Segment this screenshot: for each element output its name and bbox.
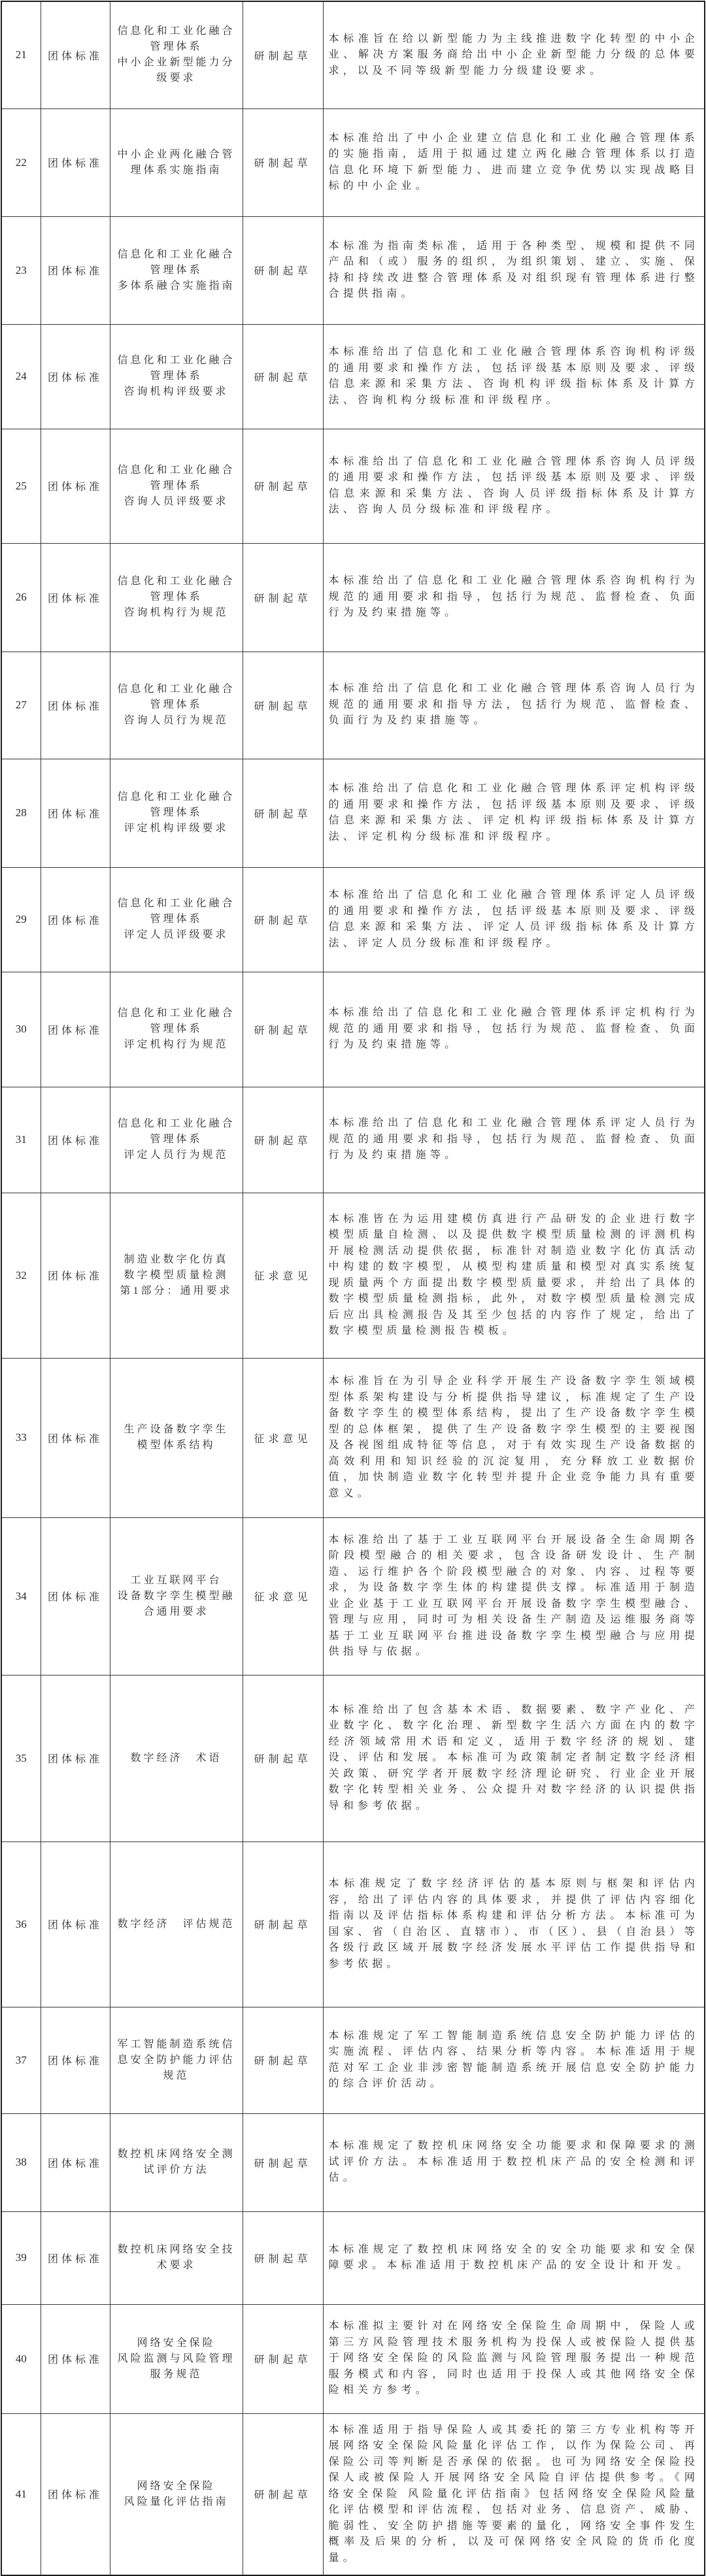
standard-status: 研制起草	[243, 216, 323, 324]
standard-description: 本标准给出了中小企业建立信息化和工业化融合管理体系的实施指南，适用于拟通过建立两…	[323, 108, 705, 216]
row-number: 32	[1, 1193, 41, 1358]
standard-name: 工业互联网平台 设备数字孪生模型融合通用要求	[110, 1517, 243, 1675]
standard-description: 本标准拟主要针对在网络安全保险生命周期中，保险人或第三方风险管理技术服务机构为投…	[323, 2304, 705, 2413]
standard-description: 本标准规定了数控机床网络安全的安全功能要求和安全保障要求。本标准适用于数控机床产…	[323, 2211, 705, 2304]
standard-status: 研制起草	[243, 2113, 323, 2211]
standard-type: 团体标准	[41, 216, 110, 324]
row-number: 29	[1, 867, 41, 972]
table-row: 31 团体标准 信息化和工业化融合管理体系 评定人员行为规范 研制起草 本标准给…	[1, 1087, 705, 1193]
standard-name: 数字经济 术语	[110, 1675, 243, 1841]
row-number: 30	[1, 972, 41, 1087]
standard-description: 本标准旨在给以新型能力为主线推进数字化转型的中小企业、解决方案服务商给出中小企业…	[323, 1, 705, 108]
standard-name: 信息化和工业化融合管理体系 咨询机构行为规范	[110, 543, 243, 652]
standard-name: 信息化和工业化融合管理体系 评定机构行为规范	[110, 972, 243, 1087]
standard-status: 研制起草	[243, 1675, 323, 1841]
standard-type: 团体标准	[41, 2113, 110, 2211]
row-number: 26	[1, 543, 41, 652]
table-row: 23 团体标准 信息化和工业化融合管理体系 多体系融合实施指南 研制起草 本标准…	[1, 216, 705, 324]
standard-status: 研制起草	[243, 867, 323, 972]
row-number: 35	[1, 1675, 41, 1841]
standard-name: 信息化和工业化融合管理体系 中小企业新型能力分级要求	[110, 1, 243, 108]
standard-status: 研制起草	[243, 1841, 323, 2007]
standard-name: 数字经济 评估规范	[110, 1841, 243, 2007]
standard-name: 信息化和工业化融合管理体系 多体系融合实施指南	[110, 216, 243, 324]
standard-name: 数控机床网络安全技术要求	[110, 2211, 243, 2304]
standard-type: 团体标准	[41, 652, 110, 759]
table-row: 27 团体标准 信息化和工业化融合管理体系 咨询人员行为规范 研制起草 本标准给…	[1, 652, 705, 759]
table-row: 41 团体标准 网络安全保险 风险量化评估指南 研制起草 本标准适用于指导保险人…	[1, 2413, 705, 2575]
standard-type: 团体标准	[41, 759, 110, 867]
standard-name: 网络安全保险 风险量化评估指南	[110, 2413, 243, 2575]
table-row: 25 团体标准 信息化和工业化融合管理体系 咨询人员评级要求 研制起草 本标准给…	[1, 429, 705, 543]
table-row: 21 团体标准 信息化和工业化融合管理体系 中小企业新型能力分级要求 研制起草 …	[1, 1, 705, 108]
standard-type: 团体标准	[41, 1517, 110, 1675]
standard-status: 研制起草	[243, 759, 323, 867]
table-row: 34 团体标准 工业互联网平台 设备数字孪生模型融合通用要求 征求意见 本标准给…	[1, 1517, 705, 1675]
standard-status: 研制起草	[243, 1087, 323, 1193]
table-row: 28 团体标准 信息化和工业化融合管理体系 评定机构评级要求 研制起草 本标准给…	[1, 759, 705, 867]
standard-description: 本标准皆在为运用建模仿真进行产品研发的企业进行数字模型质量自检测、以及提供数字模…	[323, 1193, 705, 1358]
standard-status: 研制起草	[243, 108, 323, 216]
standard-description: 本标准给出了信息化和工业化融合管理体系评定机构评级的通用要求和操作方法，包括评级…	[323, 759, 705, 867]
row-number: 33	[1, 1358, 41, 1517]
standard-name: 信息化和工业化融合管理体系 咨询人员评级要求	[110, 429, 243, 543]
standard-status: 研制起草	[243, 652, 323, 759]
row-number: 39	[1, 2211, 41, 2304]
standard-name: 信息化和工业化融合管理体系 评定人员评级要求	[110, 867, 243, 972]
table-row: 40 团体标准 网络安全保险 风险监测与风险管理服务规范 研制起草 本标准拟主要…	[1, 2304, 705, 2413]
standard-name: 数控机床网络安全测试评价方法	[110, 2113, 243, 2211]
standard-name: 军工智能制造系统信息安全防护能力评估规范	[110, 2007, 243, 2113]
table-row: 36 团体标准 数字经济 评估规范 研制起草 本标准规定了数字经济评估的基本原则…	[1, 1841, 705, 2007]
row-number: 27	[1, 652, 41, 759]
table-row: 24 团体标准 信息化和工业化融合管理体系 咨询机构评级要求 研制起草 本标准给…	[1, 324, 705, 429]
standard-status: 征求意见	[243, 1193, 323, 1358]
standard-status: 征求意见	[243, 1517, 323, 1675]
standard-name: 信息化和工业化融合管理体系 评定人员行为规范	[110, 1087, 243, 1193]
standard-description: 本标准给出了信息化和工业化融合管理体系咨询机构评级的通用要求和操作方法，包括评级…	[323, 324, 705, 429]
standard-type: 团体标准	[41, 1087, 110, 1193]
standard-description: 本标准规定了数控机床网络安全功能要求和保障要求的测试评价方法。本标准适用于数控机…	[323, 2113, 705, 2211]
standard-type: 团体标准	[41, 2413, 110, 2575]
row-number: 25	[1, 429, 41, 543]
table-row: 35 团体标准 数字经济 术语 研制起草 本标准给出了包含基本术语、数据要素、数…	[1, 1675, 705, 1841]
table-row: 22 团体标准 中小企业两化融合管理体系实施指南 研制起草 本标准给出了中小企业…	[1, 108, 705, 216]
standard-status: 征求意见	[243, 1358, 323, 1517]
standard-status: 研制起草	[243, 972, 323, 1087]
row-number: 40	[1, 2304, 41, 2413]
standard-type: 团体标准	[41, 108, 110, 216]
table-row: 32 团体标准 制造业数字化仿真 数字模型质量检测 第1部分：通用要求 征求意见…	[1, 1193, 705, 1358]
row-number: 28	[1, 759, 41, 867]
standard-type: 团体标准	[41, 1358, 110, 1517]
standard-type: 团体标准	[41, 1, 110, 108]
table-row: 39 团体标准 数控机床网络安全技术要求 研制起草 本标准规定了数控机床网络安全…	[1, 2211, 705, 2304]
standard-type: 团体标准	[41, 1675, 110, 1841]
standard-description: 本标准给出了信息化和工业化融合管理体系评定人员评级的通用要求和操作方法，包括评级…	[323, 867, 705, 972]
row-number: 36	[1, 1841, 41, 2007]
row-number: 38	[1, 2113, 41, 2211]
row-number: 34	[1, 1517, 41, 1675]
standard-type: 团体标准	[41, 429, 110, 543]
row-number: 31	[1, 1087, 41, 1193]
row-number: 24	[1, 324, 41, 429]
standard-description: 本标准给出了信息化和工业化融合管理体系评定人员行为规范的通用要求和指导，包括行为…	[323, 1087, 705, 1193]
standard-type: 团体标准	[41, 1193, 110, 1358]
standard-type: 团体标准	[41, 543, 110, 652]
standard-type: 团体标准	[41, 972, 110, 1087]
standards-table-body: 21 团体标准 信息化和工业化融合管理体系 中小企业新型能力分级要求 研制起草 …	[1, 1, 705, 2575]
standard-status: 研制起草	[243, 2211, 323, 2304]
table-row: 33 团体标准 生产设备数字孪生 模型体系结构 征求意见 本标准旨在为引导企业科…	[1, 1358, 705, 1517]
standard-description: 本标准规定了军工智能制造系统信息安全防护能力评估的实施流程、评估内容、结果分析等…	[323, 2007, 705, 2113]
standard-status: 研制起草	[243, 429, 323, 543]
standard-description: 本标准给出了包含基本术语、数据要素、数字产业化、产业数字化、数字化治理、新型数字…	[323, 1675, 705, 1841]
table-row: 26 团体标准 信息化和工业化融合管理体系 咨询机构行为规范 研制起草 本标准给…	[1, 543, 705, 652]
standard-type: 团体标准	[41, 2304, 110, 2413]
standard-description: 本标准规定了数字经济评估的基本原则与框架和评估内容，给出了评估内容的具体要求，并…	[323, 1841, 705, 2007]
standard-type: 团体标准	[41, 1841, 110, 2007]
standard-name: 信息化和工业化融合管理体系 咨询机构评级要求	[110, 324, 243, 429]
row-number: 21	[1, 1, 41, 108]
table-row: 38 团体标准 数控机床网络安全测试评价方法 研制起草 本标准规定了数控机床网络…	[1, 2113, 705, 2211]
standard-description: 本标准给出了信息化和工业化融合管理体系咨询人员行为规范的通用要求和指导方法，包括…	[323, 652, 705, 759]
standard-name: 制造业数字化仿真 数字模型质量检测 第1部分：通用要求	[110, 1193, 243, 1358]
standard-type: 团体标准	[41, 2007, 110, 2113]
standard-name: 信息化和工业化融合管理体系 评定机构评级要求	[110, 759, 243, 867]
standard-type: 团体标准	[41, 2211, 110, 2304]
standard-status: 研制起草	[243, 2413, 323, 2575]
standard-status: 研制起草	[243, 543, 323, 652]
standard-description: 本标准适用于指导保险人或其委托的第三方专业机构等开展网络安全保险风险量化评估工作…	[323, 2413, 705, 2575]
table-row: 29 团体标准 信息化和工业化融合管理体系 评定人员评级要求 研制起草 本标准给…	[1, 867, 705, 972]
standards-table: 21 团体标准 信息化和工业化融合管理体系 中小企业新型能力分级要求 研制起草 …	[1, 1, 705, 2576]
standard-name: 中小企业两化融合管理体系实施指南	[110, 108, 243, 216]
standard-name: 生产设备数字孪生 模型体系结构	[110, 1358, 243, 1517]
standard-status: 研制起草	[243, 1, 323, 108]
standard-status: 研制起草	[243, 324, 323, 429]
table-row: 37 团体标准 军工智能制造系统信息安全防护能力评估规范 研制起草 本标准规定了…	[1, 2007, 705, 2113]
row-number: 22	[1, 108, 41, 216]
standard-type: 团体标准	[41, 867, 110, 972]
row-number: 41	[1, 2413, 41, 2575]
standard-status: 研制起草	[243, 2007, 323, 2113]
standard-description: 本标准给出了信息化和工业化融合管理体系评定机构行为规范的通用要求和指导，包括行为…	[323, 972, 705, 1087]
table-row: 30 团体标准 信息化和工业化融合管理体系 评定机构行为规范 研制起草 本标准给…	[1, 972, 705, 1087]
standard-name: 信息化和工业化融合管理体系 咨询人员行为规范	[110, 652, 243, 759]
standard-type: 团体标准	[41, 324, 110, 429]
standard-status: 研制起草	[243, 2304, 323, 2413]
standard-name: 网络安全保险 风险监测与风险管理服务规范	[110, 2304, 243, 2413]
standard-description: 本标准为指南类标准，适用于各种类型、规模和提供不同产品和（或）服务的组织，为组织…	[323, 216, 705, 324]
row-number: 23	[1, 216, 41, 324]
row-number: 37	[1, 2007, 41, 2113]
standard-description: 本标准旨在为引导企业科学开展生产设备数字孪生领域模型体系架构建设与分析提供指导建…	[323, 1358, 705, 1517]
standard-description: 本标准给出了信息化和工业化融合管理体系咨询机构行为规范的通用要求和指导，包括行为…	[323, 543, 705, 652]
standard-description: 本标准给出了基于工业互联网平台开展设备全生命周期各阶段模型融合的相关要求，包含设…	[323, 1517, 705, 1675]
standard-description: 本标准给出了信息化和工业化融合管理体系咨询人员评级的通用要求和操作方法，包括评级…	[323, 429, 705, 543]
